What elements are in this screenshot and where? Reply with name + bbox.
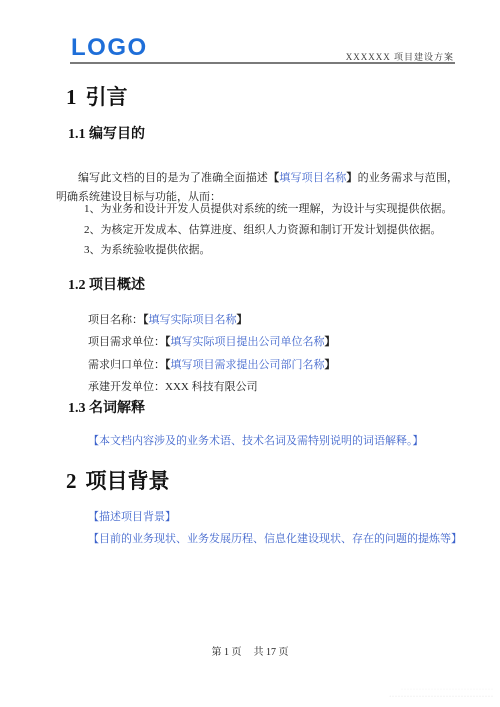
field-row-owner-unit: 需求归口单位：【填写项目需求提出公司部门名称】 bbox=[88, 354, 336, 376]
field-label: 项目需求单位： bbox=[88, 336, 165, 348]
field-placeholder: 填写项目需求提出公司部门名称 bbox=[171, 359, 325, 371]
page-number: 第 1 页 bbox=[212, 647, 242, 658]
field-placeholder: 填写实际项目名称 bbox=[149, 314, 237, 326]
heading-glossary: 1.3 名词解释 bbox=[68, 397, 145, 417]
watermark-line: ······························· bbox=[389, 687, 494, 694]
bracket-close: 】 bbox=[237, 314, 248, 326]
background-note: 【目前的业务现状、业务发展历程、信息化建设现状、存在的问题的提炼等】 bbox=[88, 530, 462, 546]
heading-number: 2 bbox=[66, 469, 77, 493]
project-name-placeholder: 填写项目名称 bbox=[279, 172, 346, 184]
company-logo: LOGO bbox=[71, 34, 148, 62]
heading-background: 2项目背景 bbox=[66, 465, 170, 495]
header-divider bbox=[70, 62, 455, 64]
heading-text: 项目背景 bbox=[86, 469, 170, 493]
heading-number: 1 bbox=[66, 85, 77, 109]
field-row-project-name: 项目名称：【填写实际项目名称】 bbox=[88, 309, 336, 331]
page-total: 共 17 页 bbox=[254, 647, 289, 658]
bracket-close: 】 bbox=[325, 336, 336, 348]
purpose-list: 1、为业务和设计开发人员提供对系统的统一理解，为设计与实现提供依据。 2、为核定… bbox=[84, 199, 453, 261]
list-item: 1、为业务和设计开发人员提供对系统的统一理解，为设计与实现提供依据。 bbox=[84, 199, 453, 220]
background-note: 【描述项目背景】 bbox=[88, 508, 176, 524]
field-label: 需求归口单位： bbox=[88, 359, 165, 371]
heading-introduction: 1引言 bbox=[66, 81, 128, 111]
field-row-demand-unit: 项目需求单位：【填写实际项目提出公司单位名称】 bbox=[88, 331, 336, 353]
glossary-note: 【本文档内容涉及的业务术语、技术名词及需特别说明的词语解释。】 bbox=[88, 432, 424, 448]
heading-purpose: 1.1 编写目的 bbox=[68, 123, 145, 143]
bracket-open: 【 bbox=[268, 172, 279, 184]
bracket-close: 】 bbox=[346, 172, 357, 184]
field-label: 承建开发单位： bbox=[88, 381, 165, 393]
watermark-line: ··································· bbox=[389, 694, 494, 701]
bracket-close: 】 bbox=[325, 359, 336, 371]
document-page: LOGO XXXXXX 项目建设方案 1引言 1.1 编写目的 编写此文档的目的… bbox=[0, 0, 500, 707]
field-label: 项目名称： bbox=[88, 314, 143, 326]
page-footer: 第 1 页共 17 页 bbox=[0, 643, 500, 658]
project-fields: 项目名称：【填写实际项目名称】 项目需求单位：【填写实际项目提出公司单位名称】 … bbox=[88, 309, 336, 398]
paragraph-lead: 编写此文档的目的是为了准确全面描述 bbox=[78, 172, 268, 184]
list-item: 2、为核定开发成本、估算进度、组织人力资源和制订开发计划提供依据。 bbox=[84, 220, 453, 241]
watermark: ······························· ········… bbox=[389, 687, 494, 701]
field-placeholder: 填写实际项目提出公司单位名称 bbox=[171, 336, 325, 348]
heading-overview: 1.2 项目概述 bbox=[68, 274, 145, 294]
heading-text: 引言 bbox=[86, 85, 128, 109]
list-item: 3、为系统验收提供依据。 bbox=[84, 240, 453, 261]
field-row-developer-unit: 承建开发单位：XXX 科技有限公司 bbox=[88, 376, 336, 398]
field-value: XXX 科技有限公司 bbox=[165, 381, 258, 393]
